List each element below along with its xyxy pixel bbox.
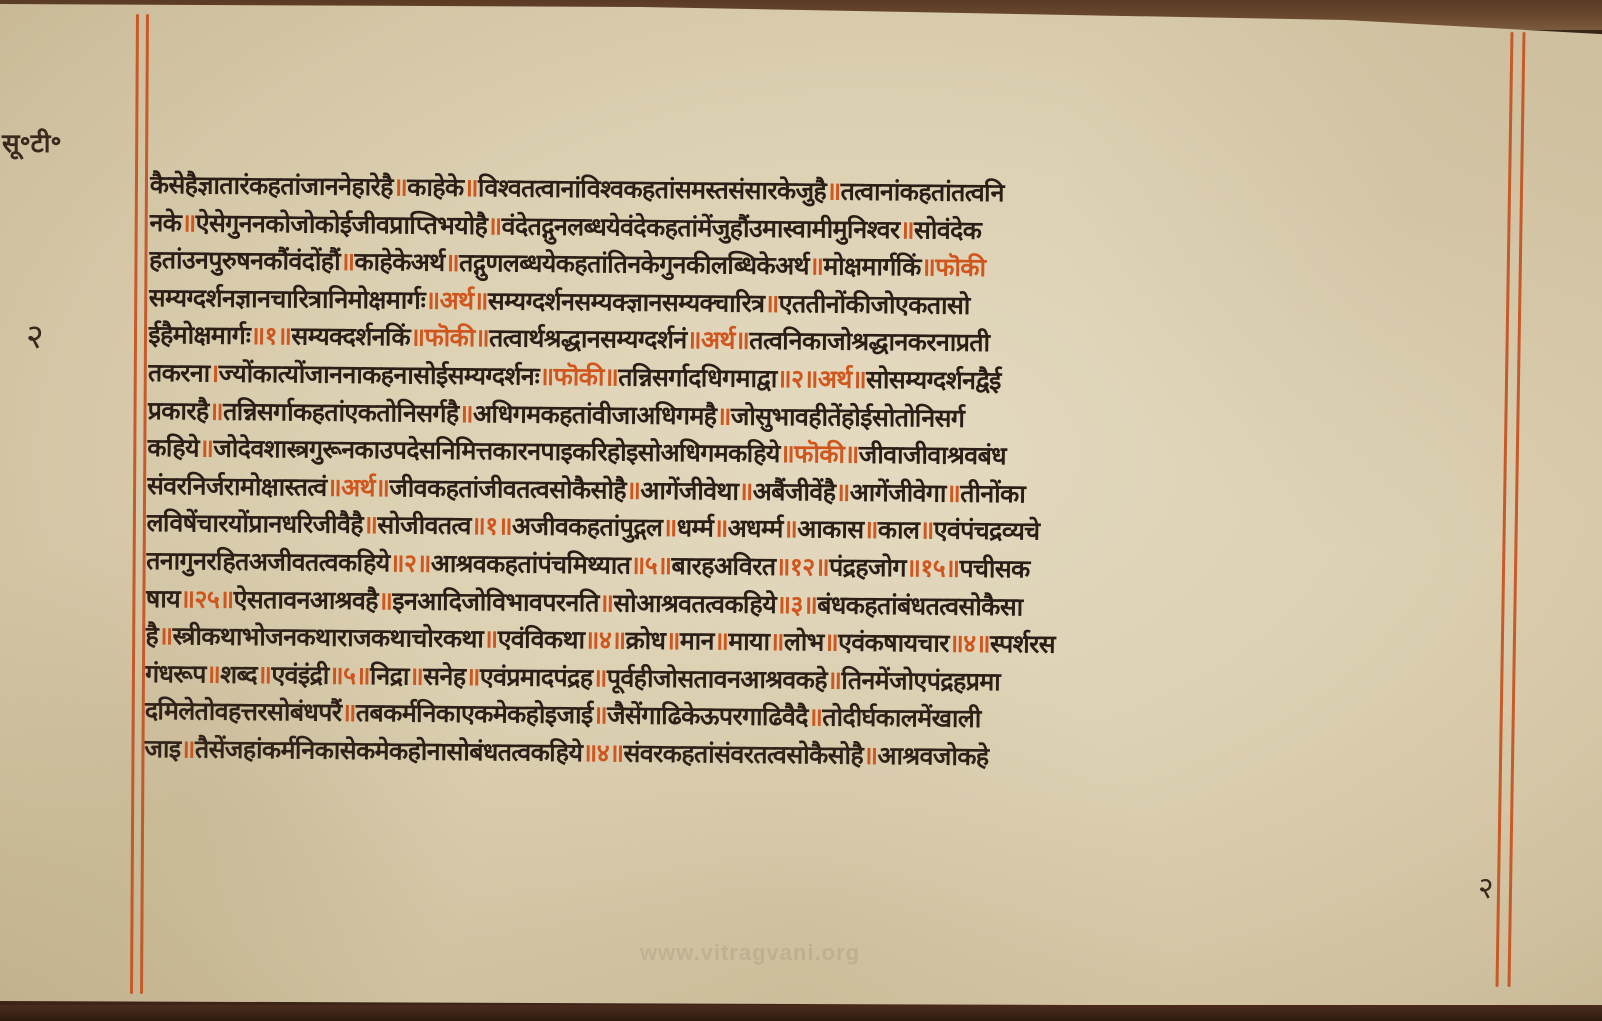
text-segment: स्त्रीकथाभोजनकथाराजकथाचोरकथा xyxy=(172,621,483,653)
text-segment: तकरना xyxy=(148,358,210,388)
rubric-segment: ॥४॥ xyxy=(584,625,625,654)
rubric-segment: ॥२५॥ xyxy=(180,584,234,614)
text-segment: बारहअविरत xyxy=(671,551,775,581)
text-segment: तत्वनिकाजोश्रद्धानकरनाप्रती xyxy=(749,326,989,357)
rubric-segment: ॥ xyxy=(899,215,914,244)
text-segment: है xyxy=(145,621,158,650)
text-segment: तन्निसर्गादधिगमाद्वा xyxy=(618,362,777,393)
rubric-segment: ॥ xyxy=(257,660,272,689)
text-segment: ऐसतावनआश्रवहै xyxy=(234,584,379,614)
watermark: www.vitragvani.org xyxy=(640,940,860,966)
text-segment: सोआश्रवतत्वकहिये xyxy=(613,588,776,619)
rubric-segment: ॥ xyxy=(946,478,961,507)
text-segment: प्रकारहै xyxy=(148,396,209,426)
rubric-segment: ॥फॊकी॥ xyxy=(410,323,489,353)
text-segment: जीवकहतांजीवतत्वसोकैसोहै xyxy=(389,473,626,504)
folio-number-left: २ xyxy=(26,312,44,358)
rubric-segment: ॥ xyxy=(445,248,460,277)
text-segment: वंदेतद्गुनलब्धयेवंदेकहतांमेंजुहौंउमास्वा… xyxy=(501,211,899,244)
manuscript-photo: सू॰टी॰ २ २ कैसेहैज्ञातारंकहतांजाननेहारेह… xyxy=(0,0,1602,1021)
text-segment: अधिगमकहतांवीजाअधिगमहै xyxy=(473,399,717,430)
rubric-segment: ॥१५॥ xyxy=(906,553,960,583)
rubric-segment: ॥ xyxy=(764,289,779,318)
text-segment: तीनोंका xyxy=(960,479,1025,509)
text-segment: मान xyxy=(680,626,714,655)
text-segment: एवंप्रमादपंद्रह xyxy=(480,662,593,692)
text-segment: तैसेंजहांकर्मनिकासेकमेकहोनासोबंधतत्वकहिय… xyxy=(195,734,583,767)
text-segment: तनागुनरहितअजीवतत्वकहिये xyxy=(146,546,390,577)
rubric-segment: ॥२॥ xyxy=(390,548,431,577)
text-segment: तबकर्मनिकाएकमेकहोइजाई xyxy=(356,698,593,729)
text-segment: आगेंजीवेगा xyxy=(850,477,946,507)
text-segment: काल xyxy=(878,515,920,544)
text-segment: पचीसक xyxy=(959,554,1030,584)
rubric-segment: ॥ xyxy=(487,211,502,240)
rubric-segment: ॥१॥ xyxy=(250,321,291,350)
rubric-segment: ॥ xyxy=(824,628,839,657)
rubric-segment: ॥ xyxy=(180,734,195,763)
text-segment: एततीनोंकीजोएकतासो xyxy=(779,289,970,320)
rubric-segment: ॥१२॥ xyxy=(775,552,829,582)
text-segment: माया xyxy=(728,627,769,656)
rubric-segment: ॥ xyxy=(483,624,498,653)
text-segment: तन्निसर्गाकहतांएकतोनिसर्गहै xyxy=(223,396,459,427)
rubric-segment: ॥ xyxy=(199,434,214,463)
rubric-segment: ॥ xyxy=(919,516,934,545)
text-segment: आकास xyxy=(797,515,864,545)
background-edge-bottom xyxy=(0,1005,1602,1021)
text-segment: हतांउनपुरुषनकौंवंदोंहौं xyxy=(149,245,340,276)
text-segment: गंधरूप xyxy=(145,659,206,689)
text-segment: पूर्वहीजोसतावनआश्रवकहे xyxy=(607,663,827,694)
text-segment: सम्यग्दर्शनज्ञानचारित्रानिमोक्षमार्गः xyxy=(149,283,426,315)
text-segment: विश्वतत्वानांविश्वकहतांसमस्तसंसारकेजुहै xyxy=(478,173,826,205)
rubric-segment: ॥ xyxy=(826,176,841,205)
text-segment: आश्रवकहतांपंचमिथ्यात xyxy=(431,549,631,580)
text-segment: शब्द xyxy=(220,659,257,688)
text-segment: सोजीवतत्व xyxy=(377,511,471,541)
text-segment: नके xyxy=(149,208,181,237)
rubric-segment: ॥ xyxy=(340,247,355,276)
rubric-segment: ॥ xyxy=(769,627,784,656)
rubric-segment: ॥ xyxy=(808,703,823,732)
text-segment: निद्रा xyxy=(370,661,409,690)
text-segment: जोसुभावहीतेंहोईसोतोनिसर्ग xyxy=(731,401,965,432)
text-segment: आगेंजीवेथा xyxy=(640,475,738,505)
rubric-segment: ॥ xyxy=(863,741,878,770)
text-segment: अजीवकहतांपुद्गल xyxy=(512,512,663,542)
margin-title-abbrev: सू॰टी॰ xyxy=(2,124,62,160)
rubric-segment: ॥ xyxy=(809,252,824,281)
rubric-segment: ॥ xyxy=(714,627,729,656)
rubric-segment: ॥३॥ xyxy=(776,590,817,619)
rubric-segment: ॥ xyxy=(593,701,608,730)
rubric-segment: ॥४॥ xyxy=(582,738,623,767)
rubric-segment: ॥ xyxy=(181,208,196,237)
text-segment: सोसम्यग्दर्शनद्वैई xyxy=(866,365,1001,395)
text-segment: तत्वानांकहतांतत्वनि xyxy=(840,177,1004,208)
rubric-segment: ॥अर्थ॥ xyxy=(686,326,749,356)
text-segment: जोदेवशास्त्रगुरूनकाउपदेसनिमित्तकारनपाइकर… xyxy=(213,434,780,468)
text-segment: जैसेंगाढिकेऊपरगाढिवैदै xyxy=(607,701,808,732)
rubric-segment: ॥५॥ xyxy=(329,660,370,689)
text-segment: सोवंदेक xyxy=(914,215,982,245)
text-segment: काहेके xyxy=(407,172,464,202)
rubric-segment: ॥ xyxy=(206,659,221,688)
text-segment: सम्यग्दर्शनसम्यक्ज्ञानसम्यक्चारित्र xyxy=(488,286,765,318)
rubric-segment: ॥ xyxy=(465,662,480,691)
text-segment: स्पर्शरस xyxy=(990,629,1055,659)
text-segment: पंद्रहजोग xyxy=(829,552,906,582)
text-segment: जीवाजीवाश्रवबंध xyxy=(859,440,1007,470)
rubric-segment: ॥ xyxy=(393,172,408,201)
text-segment: एवंपंचद्रव्यचे xyxy=(934,516,1040,546)
rubric-segment: ॥ xyxy=(835,477,850,506)
text-segment: एवंइंद्री xyxy=(271,660,329,690)
rubric-segment: ॥अर्थ॥ xyxy=(327,472,390,502)
text-segment: ऐसेगुननकोजोकोईजीवप्राप्तिभयोहै xyxy=(196,208,488,240)
rubric-segment: ॥ xyxy=(363,510,378,539)
rubric-segment: ॥ xyxy=(626,475,641,504)
rubric-segment: ॥ xyxy=(738,476,753,505)
manuscript-text-block: कैसेहैज्ञातारंकहतांजाननेहारेहै॥काहेके॥वि… xyxy=(144,166,1490,780)
text-segment: अधर्म्म xyxy=(728,514,783,544)
text-segment: एवंकषायचार xyxy=(838,628,949,658)
rubric-segment: ॥अर्थ॥ xyxy=(425,285,488,315)
text-segment: सम्यक्दर्शनकिं xyxy=(291,322,410,352)
rubric-segment: ॥फॊकी॥ xyxy=(780,439,859,469)
rubric-segment: ॥ xyxy=(827,665,842,694)
rubric-segment: ॥ xyxy=(341,698,356,727)
text-segment: काहेकेअर्थ xyxy=(354,247,445,277)
rubric-segment: ॥१॥ xyxy=(471,511,512,540)
text-segment: षाय xyxy=(146,584,181,613)
text-segment: ईहैमोक्षमार्गः xyxy=(148,320,250,350)
rubric-segment: ॥४॥ xyxy=(949,629,990,658)
rubric-segment: ॥ xyxy=(716,401,731,430)
rubric-segment: ॥५॥ xyxy=(630,551,671,580)
text-segment: दमिलेतोवहत्तरसोबंधपरैं xyxy=(145,696,342,727)
text-segment: तोदीर्घकालमेंखाली xyxy=(822,703,981,734)
rubric-segment: ॥ xyxy=(378,586,393,615)
text-segment: संवरनिर्जरामोक्षास्तत्वं xyxy=(147,471,327,502)
text-segment: जाइ xyxy=(144,734,180,763)
rubric-segment: ॥ xyxy=(458,399,473,428)
rubric-segment: ॥ xyxy=(599,588,614,617)
text-segment: अबैंजीवेंहै xyxy=(753,477,836,507)
text-segment: मोक्षमार्गकिं xyxy=(823,252,921,282)
rubric-segment: ॥२॥अर्थ॥ xyxy=(777,364,867,394)
rubric-segment: ॥फॊकी॥ xyxy=(539,362,618,392)
manuscript-page: सू॰टी॰ २ २ कैसेहैज्ञातारंकहतांजाननेहारेह… xyxy=(0,4,1602,1007)
text-segment: ज्योंकात्योंजाननाकहनासोईसम्यग्दर्शनः xyxy=(218,359,539,391)
rubric-segment: ॥ xyxy=(409,661,424,690)
text-segment: बंधकहतांबंधतत्वसोकैसा xyxy=(817,590,1023,621)
text-segment: तद्गुणलब्धयेकहतांतिनकेगुनकीलब्धिकेअर्थ xyxy=(459,248,809,280)
rubric-segment: ॥ xyxy=(665,626,680,655)
rubric-segment: ॥ xyxy=(158,621,173,650)
rubric-segment: । xyxy=(210,359,219,388)
text-segment: तिनमेंजोएपंद्रहप्रमा xyxy=(841,665,1000,696)
text-segment: आश्रवजोकहे xyxy=(877,741,988,771)
text-segment: इनआदिजोविभावपरनति xyxy=(392,586,599,617)
left-margin-rule xyxy=(130,14,139,994)
text-segment: तत्वार्थश्रद्धानसम्यग्दर्शनं xyxy=(489,324,687,355)
text-segment: एवंविकथा xyxy=(498,624,585,654)
rubric-segment: ॥ xyxy=(592,663,607,692)
text-segment: कैसेहैज्ञातारंकहतांजाननेहारेहै xyxy=(150,170,393,201)
rubric-segment: ॥ xyxy=(463,173,478,202)
rubric-segment: ॥फॊकी xyxy=(921,253,986,283)
rubric-segment: ॥ xyxy=(863,515,878,544)
text-segment: कहिये xyxy=(147,433,199,462)
rubric-segment: ॥ xyxy=(783,514,798,543)
text-segment: धर्म्म xyxy=(677,513,714,542)
text-segment: लोभ xyxy=(784,627,824,656)
folio-number-right: २ xyxy=(1478,866,1494,907)
text-segment: क्रोध xyxy=(625,626,665,655)
rubric-segment: ॥ xyxy=(209,396,224,425)
rubric-segment: ॥ xyxy=(662,513,677,542)
text-segment: सनेह xyxy=(423,661,466,690)
rubric-segment: ॥ xyxy=(713,514,728,543)
text-segment: संवरकहतांसंवरतत्वसोकैसोहै xyxy=(623,738,863,769)
text-segment: लविषेंचारयोंप्रानधरिजीवैहै xyxy=(146,508,363,539)
